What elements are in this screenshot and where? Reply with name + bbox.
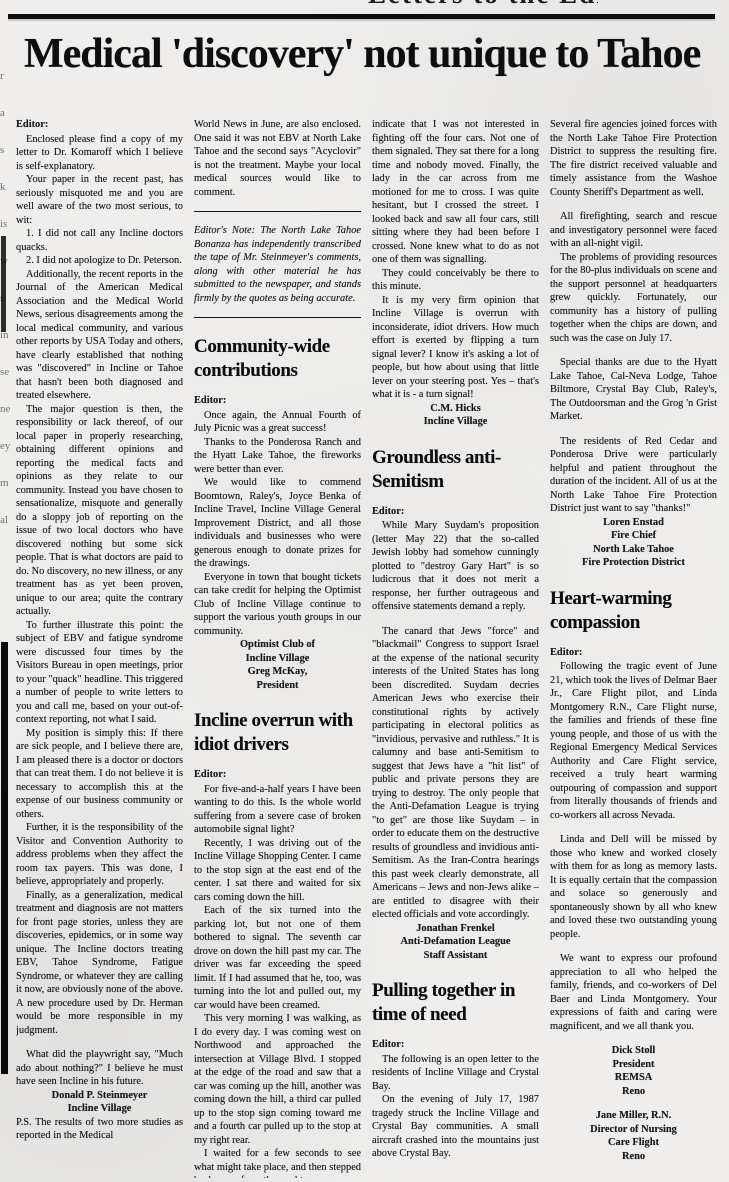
signature-org: REMSA [550, 1071, 717, 1085]
signature-name: Dick Stoll [550, 1044, 717, 1058]
cropped-section-banner: Letters to the Editor [368, 0, 598, 11]
signature-role: President [550, 1058, 717, 1072]
paragraph: Further, it is the responsibility of the… [16, 821, 183, 889]
paragraph: I waited for a few seconds to see what m… [194, 1147, 361, 1178]
letter-title-compassion: Heart-warming compassion [550, 587, 717, 635]
signature-name: Jane Miller, R.N. [550, 1109, 717, 1123]
column-1: Editor: Enclosed please find a copy of m… [16, 118, 183, 1178]
postscript: P.S. The results of two more studies as … [16, 1116, 183, 1143]
paragraph: Once again, the Annual Fourth of July Pi… [194, 409, 361, 436]
paragraph: Your paper in the recent past, has serio… [16, 173, 183, 227]
signature-name: Donald P. Steinmeyer [16, 1089, 183, 1103]
signature-place: Incline Village [372, 415, 539, 429]
paragraph: Additionally, the recent reports in the … [16, 268, 183, 403]
column-2: World News in June, are also enclosed. O… [194, 118, 361, 1178]
signature-name: C.M. Hicks [372, 402, 539, 416]
paragraph: My position is simply this: If there are… [16, 727, 183, 822]
letter-title-community: Community-wide contributions [194, 335, 361, 383]
paragraph: What did the playwright say, "Much ado a… [16, 1048, 183, 1089]
paragraph: Recently, I was driving out of the Incli… [194, 837, 361, 905]
signature-org: Fire Protection District [550, 556, 717, 570]
signature-org: Optimist Club of [194, 638, 361, 652]
paragraph-continuation: Several fire agencies joined forces with… [550, 118, 717, 199]
column-4: Several fire agencies joined forces with… [550, 118, 717, 1178]
letter-title-pulling: Pulling together in time of need [372, 979, 539, 1027]
paragraph: Each of the six turned into the parking … [194, 904, 361, 1012]
paragraph: The problems of providing resources for … [550, 251, 717, 346]
salutation: Editor: [372, 505, 539, 519]
paragraph: Everyone in town that bought tickets can… [194, 571, 361, 639]
page-headline: Medical 'discovery' not unique to Tahoe [24, 30, 724, 78]
letter-title-antisemitism: Groundless anti-Semitism [372, 446, 539, 494]
signature-name: Greg McKay, [194, 665, 361, 679]
paragraph: The major question is then, the responsi… [16, 403, 183, 619]
signature-name: Jonathan Frenkel [372, 922, 539, 936]
signature-org: Anti-Defamation League [372, 935, 539, 949]
paragraph: This very morning I was walking, as I do… [194, 1012, 361, 1147]
paragraph: Finally, as a generalization, medical tr… [16, 889, 183, 1038]
postscript-continuation: World News in June, are also enclosed. O… [194, 118, 361, 199]
paragraph: We would like to commend Boomtown, Raley… [194, 476, 361, 571]
paragraph: The canard that Jews "force" and "blackm… [372, 625, 539, 922]
signature-org: North Lake Tahoe [550, 543, 717, 557]
signature-place: Reno [550, 1085, 717, 1099]
letter-columns: Editor: Enclosed please find a copy of m… [16, 118, 718, 1178]
paragraph: Thanks to the Ponderosa Ranch and the Hy… [194, 436, 361, 477]
paragraph: It is my very firm opinion that Incline … [372, 294, 539, 402]
newspaper-page: Letters to the Editor r a s k is w s in … [0, 0, 729, 1182]
scan-artifact-bar-long [1, 642, 8, 1074]
salutation: Editor: [194, 768, 361, 782]
paragraph: To further illustrate this point: the su… [16, 619, 183, 727]
signature-role: Staff Assistant [372, 949, 539, 963]
paragraph: On the evening of July 17, 1987 tragedy … [372, 1093, 539, 1161]
paragraph: The residents of Red Cedar and Ponderosa… [550, 435, 717, 516]
salutation: Editor: [550, 646, 717, 660]
signature-role: President [194, 679, 361, 693]
paragraph: Special thanks are due to the Hyatt Lake… [550, 356, 717, 424]
signature-role: Director of Nursing [550, 1123, 717, 1137]
paragraph: Enclosed please find a copy of my letter… [16, 133, 183, 174]
paragraph: Linda and Dell will be missed by those w… [550, 833, 717, 941]
paragraph: Following the tragic event of June 21, w… [550, 660, 717, 822]
divider-rule [194, 317, 361, 318]
letter-title-drivers: Incline overrun with idiot drivers [194, 709, 361, 757]
paragraph: All firefighting, search and rescue and … [550, 210, 717, 251]
salutation: Editor: [194, 394, 361, 408]
editors-note: Editor's Note: The North Lake Tahoe Bona… [194, 224, 361, 305]
signature-place: Incline Village [194, 652, 361, 666]
salutation: Editor: [16, 118, 183, 132]
paragraph-continuation: indicate that I was not interested in fi… [372, 118, 539, 267]
paragraph: We want to express our profound apprecia… [550, 952, 717, 1033]
top-rule [8, 14, 715, 19]
column-3: indicate that I was not interested in fi… [372, 118, 539, 1178]
paragraph: For five-and-a-half years I have been wa… [194, 783, 361, 837]
banner-text: Letters to the Editor [368, 0, 598, 10]
paragraph: While Mary Suydam's proposition (letter … [372, 519, 539, 614]
signature-place: Incline Village [16, 1102, 183, 1116]
paragraph: 1. I did not call any Incline doctors qu… [16, 227, 183, 254]
paragraph: The following is an open letter to the r… [372, 1053, 539, 1094]
signature-org: Care Flight [550, 1136, 717, 1150]
paragraph: 2. I did not apologize to Dr. Peterson. [16, 254, 183, 268]
paragraph: They could conceivably be there to this … [372, 267, 539, 294]
signature-name: Loren Enstad [550, 516, 717, 530]
scan-artifact-bar-short [1, 236, 6, 332]
divider-rule [194, 211, 361, 212]
salutation: Editor: [372, 1038, 539, 1052]
signature-role: Fire Chief [550, 529, 717, 543]
signature-place: Reno [550, 1150, 717, 1164]
